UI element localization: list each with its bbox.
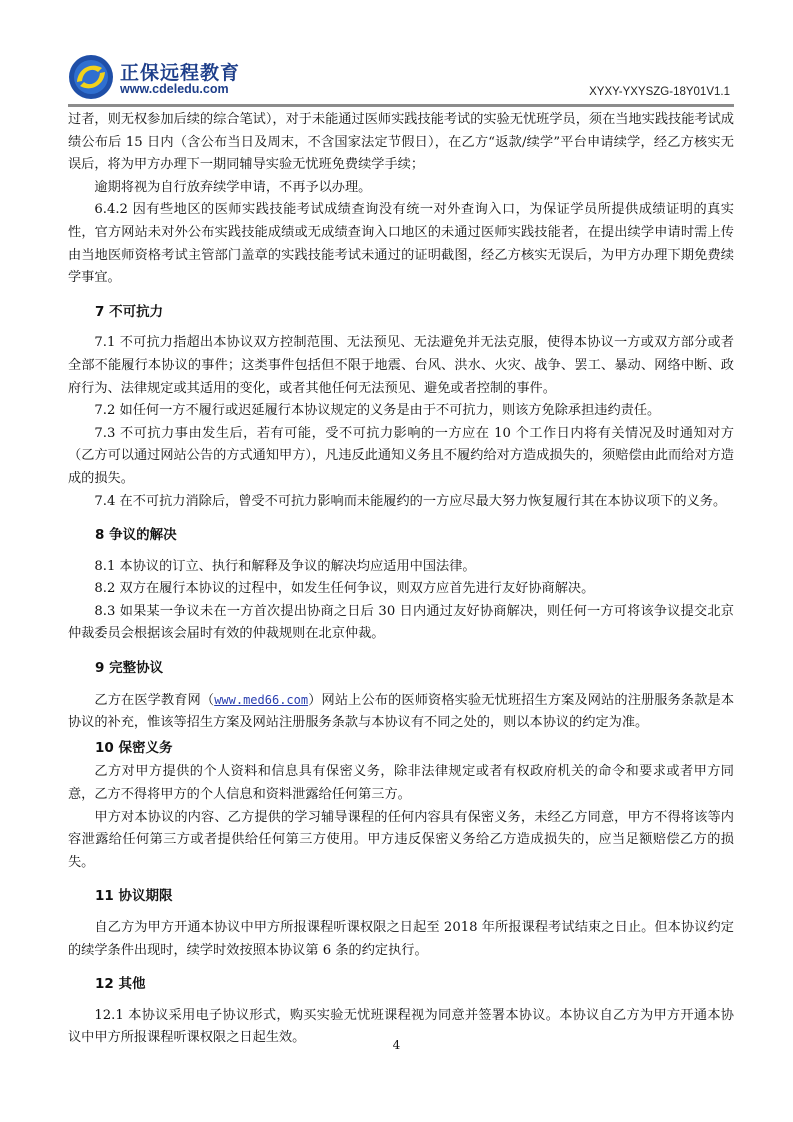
med66-link[interactable]: www.med66.com: [214, 693, 308, 707]
section-heading-7: 7 不可抗力: [68, 301, 734, 324]
section-heading-10: 10 保密义务: [68, 737, 734, 760]
section-heading-11: 11 协议期限: [68, 885, 734, 908]
paragraph-7-4: 7.4 在不可抗力消除后，曾受不可抗力影响而未能履约的一方应尽最大努力恢复履行其…: [68, 491, 734, 514]
cdeledu-logo-icon: [68, 54, 114, 100]
paragraph-7-1: 7.1 不可抗力指超出本协议双方控制范围、无法预见、无法避免并无法克服，使得本协…: [68, 332, 734, 400]
paragraph-6-4-2: 6.4.2 因有些地区的医师实践技能考试成绩查询没有统一对外查询入口，为保证学员…: [68, 199, 734, 289]
paragraph-10-1: 乙方对甲方提供的个人资料和信息具有保密义务，除非法律规定或者有权政府机关的命令和…: [68, 761, 734, 806]
header-divider: [68, 104, 734, 107]
document-body: 过者，则无权参加后续的综合笔试），对于未能通过医师实践技能考试的实验无忧班学员，…: [68, 109, 734, 1050]
paragraph-7-2: 7.2 如任何一方不履行或迟延履行本协议规定的义务是由于不可抗力，则该方免除承担…: [68, 400, 734, 423]
brand-name: 正保远程教育: [120, 58, 240, 85]
paragraph-11: 自乙方为甲方开通本协议中甲方所报课程听课权限之日起至 2018 年所报课程考试结…: [68, 917, 734, 962]
section-heading-8: 8 争议的解决: [68, 524, 734, 547]
paragraph-8-3: 8.3 如果某一争议未在一方首次提出协商之日后 30 日内通过友好协商解决，则任…: [68, 601, 734, 646]
page-header: 正保远程教育 www.cdeledu.com XYXY-YXYSZG-18Y01…: [68, 52, 734, 106]
paragraph-10-2: 甲方对本协议的内容、乙方提供的学习辅导课程的任何内容具有保密义务，未经乙方同意，…: [68, 807, 734, 875]
paragraph-continued: 过者，则无权参加后续的综合笔试），对于未能通过医师实践技能考试的实验无忧班学员，…: [68, 109, 734, 177]
paragraph-9: 乙方在医学教育网（www.med66.com）网站上公布的医师资格实验无忧班招生…: [68, 689, 734, 735]
page-number: 4: [0, 1038, 793, 1052]
section-heading-12: 12 其他: [68, 973, 734, 996]
paragraph: 逾期将视为自行放弃续学申请，不再予以办理。: [68, 177, 734, 200]
brand-url: www.cdeledu.com: [120, 82, 229, 96]
document-code: XYXY-YXYSZG-18Y01V1.1: [589, 86, 730, 98]
paragraph-9-text-a: 乙方在医学教育网（: [94, 693, 214, 708]
paragraph-7-3: 7.3 不可抗力事由发生后，若有可能，受不可抗力影响的一方应在 10 个工作日内…: [68, 423, 734, 491]
paragraph-8-2: 8.2 双方在履行本协议的过程中，如发生任何争议，则双方应首先进行友好协商解决。: [68, 578, 734, 601]
section-heading-9: 9 完整协议: [68, 657, 734, 680]
paragraph-8-1: 8.1 本协议的订立、执行和解释及争议的解决均应适用中国法律。: [68, 556, 734, 579]
